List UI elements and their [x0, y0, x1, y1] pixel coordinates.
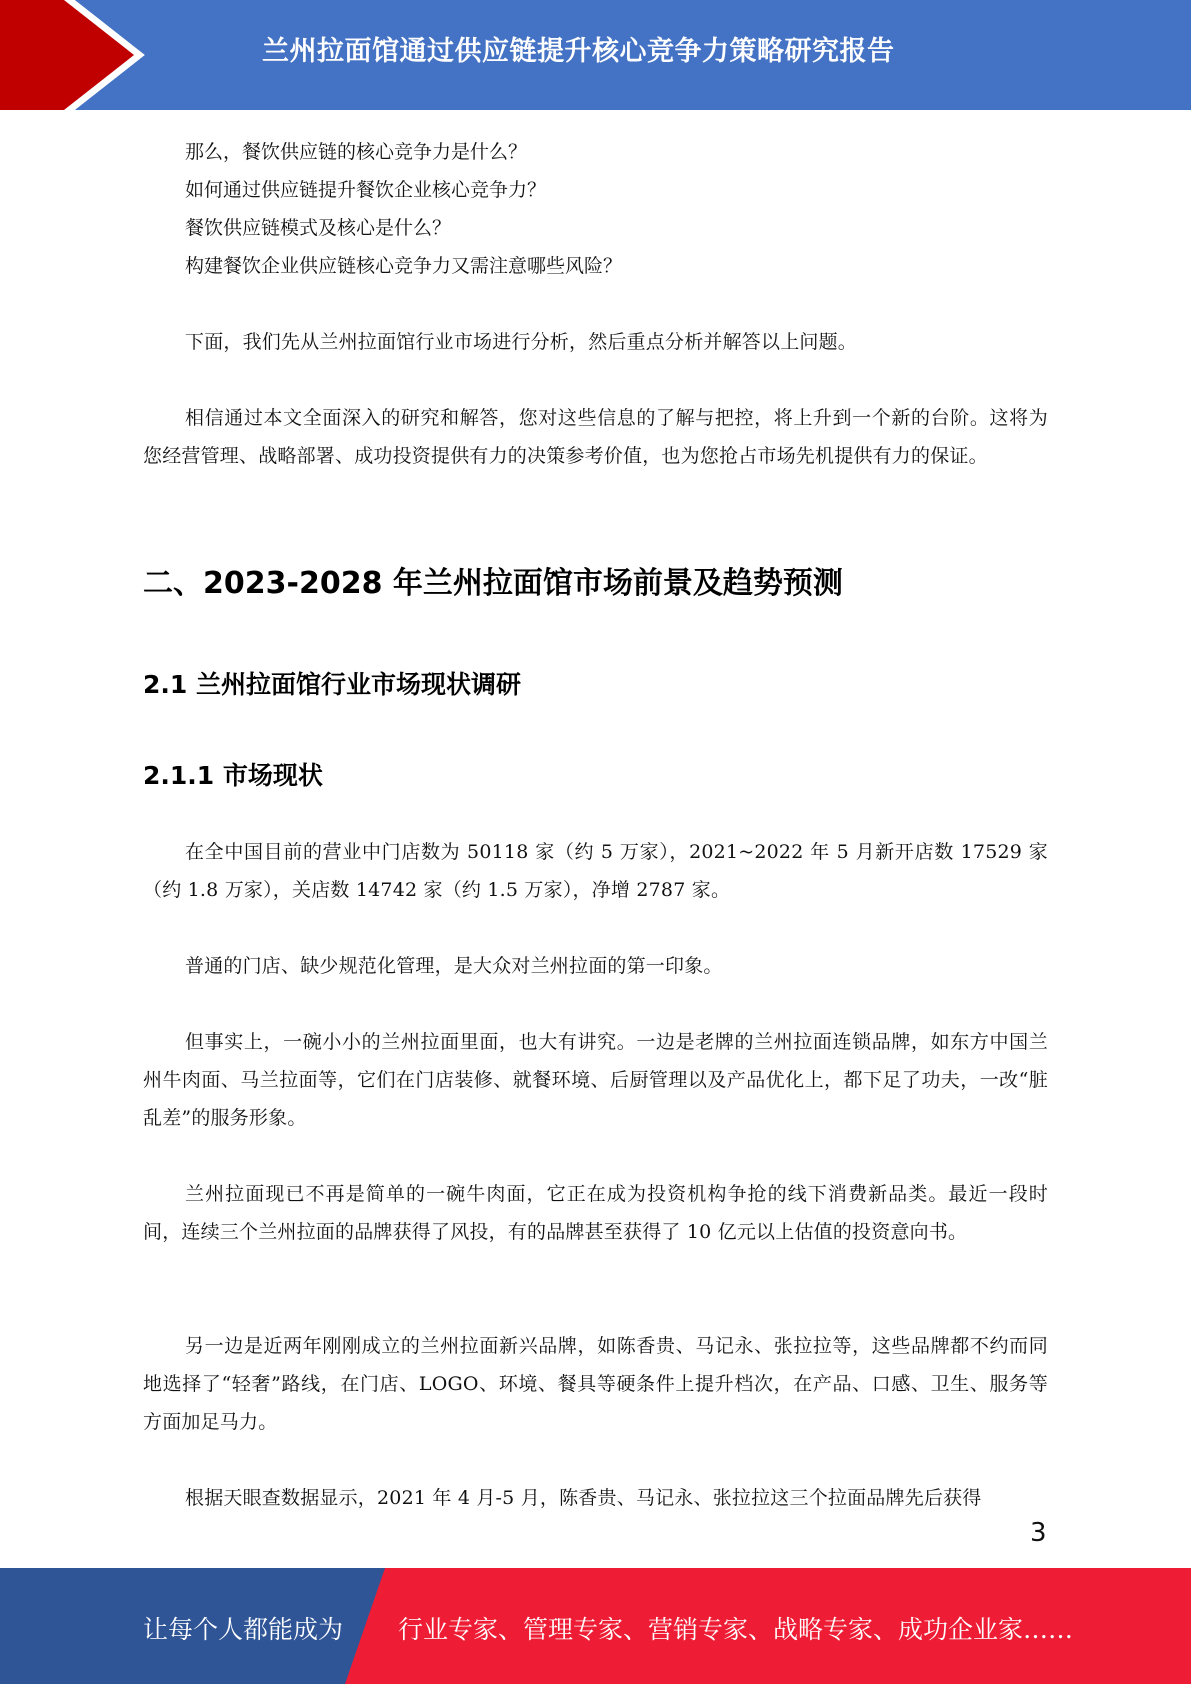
section-heading: 二、2023-2028 年兰州拉面馆市场前景及趋势预测 — [143, 558, 843, 602]
body-paragraph-1: 在全中国目前的营业中门店数为 50118 家（约 5 万家），2021~2022… — [143, 833, 1048, 909]
question-3: 餐饮供应链模式及核心是什么？ — [185, 209, 451, 247]
page-number: 3 — [1030, 1518, 1047, 1548]
red-arrow-icon — [0, 0, 200, 110]
intro-paragraph-2: 相信通过本文全面深入的研究和解答，您对这些信息的了解与把控，将上升到一个新的台阶… — [143, 399, 1048, 475]
subsection-heading: 2.1 兰州拉面馆行业市场现状调研 — [143, 665, 521, 701]
body-paragraph-5: 另一边是近两年刚刚成立的兰州拉面新兴品牌，如陈香贵、马记永、张拉拉等，这些品牌都… — [143, 1327, 1048, 1441]
question-2: 如何通过供应链提升餐饮企业核心竞争力？ — [185, 171, 546, 209]
footer-slogan-left: 让每个人都能成为 — [143, 1610, 343, 1646]
body-paragraph-6: 根据天眼查数据显示，2021 年 4 月-5 月，陈香贵、马记永、张拉拉这三个拉… — [143, 1479, 1048, 1517]
page-header-banner: 兰州拉面馆通过供应链提升核心竞争力策略研究报告 — [0, 0, 1191, 110]
subsubsection-heading: 2.1.1 市场现状 — [143, 756, 323, 792]
body-paragraph-3: 但事实上，一碗小小的兰州拉面里面，也大有讲究。一边是老牌的兰州拉面连锁品牌，如东… — [143, 1023, 1048, 1137]
intro-paragraph-1: 下面，我们先从兰州拉面馆行业市场进行分析，然后重点分析并解答以上问题。 — [143, 323, 1048, 361]
question-1: 那么，餐饮供应链的核心竞争力是什么？ — [185, 133, 527, 171]
body-paragraph-2: 普通的门店、缺少规范化管理，是大众对兰州拉面的第一印象。 — [143, 947, 1048, 985]
footer-slogan-right: 行业专家、管理专家、营销专家、战略专家、成功企业家…… — [398, 1610, 1073, 1646]
report-title: 兰州拉面馆通过供应链提升核心竞争力策略研究报告 — [262, 30, 895, 74]
page-footer-banner: 让每个人都能成为 行业专家、管理专家、营销专家、战略专家、成功企业家…… — [0, 1568, 1191, 1684]
question-4: 构建餐饮企业供应链核心竞争力又需注意哪些风险？ — [185, 247, 622, 285]
body-paragraph-4: 兰州拉面现已不再是简单的一碗牛肉面，它正在成为投资机构争抢的线下消费新品类。最近… — [143, 1175, 1048, 1251]
